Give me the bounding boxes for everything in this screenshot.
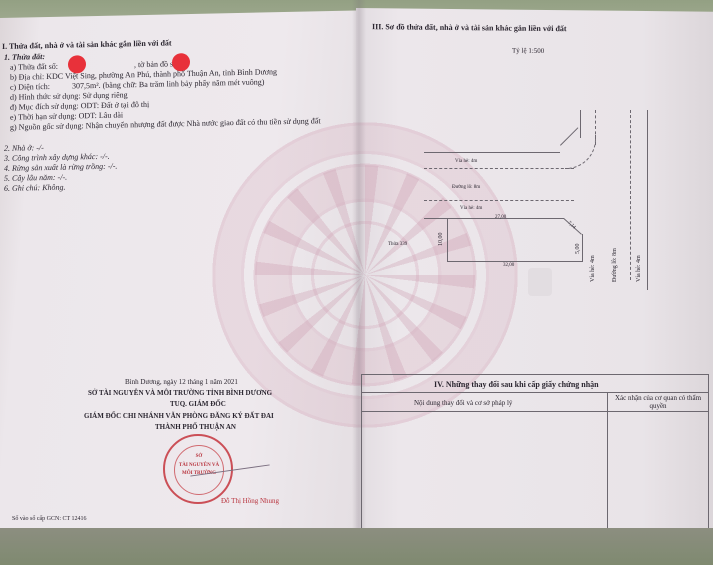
blurred-region (528, 268, 552, 296)
edge-length-left: 10,00 (438, 233, 444, 247)
road-edge-line (424, 152, 560, 153)
changes-col-confirmation: Xác nhận của cơ quan có thẩm quyền (612, 394, 704, 410)
usage-purpose-line: đ) Mục đích sử dụng: ODT: Đất ở tại đô t… (10, 100, 149, 112)
changes-table: IV. Những thay đổi sau khi cấp giấy chứn… (361, 374, 709, 530)
sidewalk-line (424, 200, 574, 201)
usage-form-value: Sử dụng riêng (82, 90, 127, 100)
label-road-right: Đường lô: 8m (612, 248, 618, 282)
item-notes: 6. Ghi chú: Không. (4, 183, 66, 193)
label-sidewalk-right-1: Vỉa hè: 4m (590, 255, 596, 282)
usage-purpose-value: ODT: Đất ở tại đô thị (81, 100, 150, 110)
changes-table-title: IV. Những thay đổi sau khi cấp giấy chứn… (434, 380, 599, 389)
stamp-text: SỞ (175, 454, 223, 460)
section-title-3: III. Sơ đồ thửa đất, nhà ở và tài sản kh… (372, 22, 567, 33)
changes-col-content: Nội dung thay đổi và cơ sở pháp lý (414, 399, 512, 408)
background-surface-bottom (0, 528, 713, 565)
item-perennial-trees: 5. Cây lâu năm: -/-. (4, 173, 67, 183)
road-edge-line (647, 110, 648, 290)
label-sidewalk-right-2: Vỉa hè: 4m (636, 255, 642, 282)
stamp-inner-ring: SỞ TÀI NGUYÊN VÀ MÔI TRƯỜNG (174, 445, 224, 495)
item-production-forest: 4. Rừng sản xuất là rừng trồng: -/-. (4, 162, 117, 173)
signer-position: GIÁM ĐỐC CHI NHÁNH VĂN PHÒNG ĐĂNG KÝ ĐẤT… (84, 412, 274, 421)
label-sidewalk-mid: Vỉa hè: 4m (460, 204, 482, 213)
table-divider (362, 392, 708, 393)
parcel-edge-right (582, 234, 583, 262)
issue-date: Bình Dương, ngày 12 tháng 1 năm 2021 (125, 378, 238, 387)
label-road-top: Đường lô: 8m (452, 183, 480, 192)
section-title-1: I. Thửa đất, nhà ở và tài sản khác gắn l… (2, 38, 172, 51)
edge-length-bottom: 32,00 (503, 261, 514, 270)
map-scale: Tỷ lệ 1:500 (512, 47, 544, 56)
parcel-number-label: a) Thửa đất số: (10, 62, 58, 72)
register-number: Số vào sổ cấp GCN: CT 12416 (12, 515, 87, 524)
authorization: TUQ. GIÁM ĐỐC (170, 400, 226, 409)
official-red-stamp: SỞ TÀI NGUYÊN VÀ MÔI TRƯỜNG (163, 434, 233, 504)
parcel-edge-bottom (447, 261, 583, 262)
issuing-department: SỞ TÀI NGUYÊN VÀ MÔI TRƯỜNG TỈNH BÌNH DƯ… (88, 389, 272, 398)
table-column-divider (607, 392, 608, 529)
signer-name: Đỗ Thị Hồng Nhung (221, 497, 279, 506)
usage-term-value: ODT: Lâu dài (79, 110, 123, 120)
parcel-edge-left (447, 218, 448, 261)
signer-city: THÀNH PHỐ THUẬN AN (155, 423, 236, 432)
neighbor-parcel-label: Thửa 339 (388, 240, 407, 249)
stamp-text: TÀI NGUYÊN VÀ (175, 463, 223, 469)
table-divider (362, 411, 708, 412)
label-sidewalk-top: Vỉa hè: 4m (455, 157, 477, 166)
edge-length-top: 27,00 (495, 213, 506, 222)
subsection-land: 1. Thửa đất: (4, 52, 45, 62)
edge-length-right: 5,00 (575, 244, 581, 255)
sidewalk-line (424, 168, 574, 169)
road-center-line (630, 110, 631, 280)
item-house: 2. Nhà ở: -/- (4, 143, 44, 153)
road-edge-line (580, 110, 581, 138)
parcel-edge-top (424, 218, 564, 219)
